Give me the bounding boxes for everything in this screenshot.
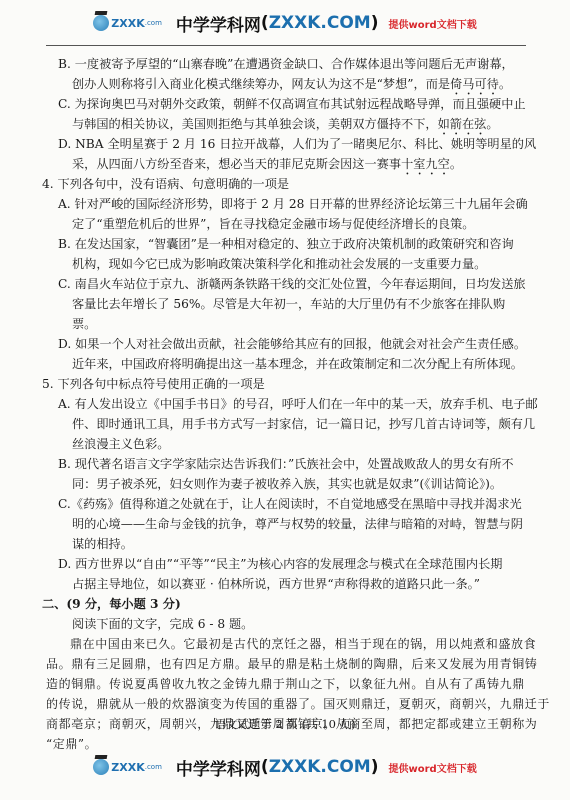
header-banner: ZXXK .com 中学学科网 (ZXXK.COM) 提供word文档下载 [0,8,570,38]
footer-banner: ZXXK .com 中学学科网 (ZXXK.COM) 提供word文档下载 [0,752,570,782]
passage-line: “定鼎”。 [46,734,528,754]
q5-option-a: A. 有人发出设立《中国手书日》的号召，呼吁人们在一年中的某一天，放弃手机、电子… [58,394,528,454]
q5-option-d: D. 西方世界以“自由”“平等”“民主”为核心内容的发展理念与模式在全球范围内长… [58,554,528,594]
text-segment: 与韩国的相关协议，美国则拒绝与其单独会谈，美朝双方僵持不下， [72,117,438,131]
site-logo: ZXXK .com [93,15,162,31]
page-number: 语文试题第 2 页 (共 10 页) [0,716,570,732]
question-4-stem: 4. 下列各句中，没有语病、句意明确的一项是 [42,174,528,194]
site-name: 中学学科网 [176,755,261,780]
q3-option-c: C. 为探询奥巴马对朝外交政策，朝鲜不仅高调宣布其试射远程战略导弹，而且强硬中止… [58,94,528,134]
passage-line: 鼎在中国由来已久。它最初是古代的烹饪之器，相当于现在的锅，用以炖煮和盛放食 [46,634,528,654]
logo-com: .com [145,763,162,771]
q4-option-c: C. 南昌火车站位于京九、浙赣两条铁路干线的交汇处位置，今年春运期间，日均发送旅… [58,274,528,334]
q5-option-b: B. 现代著名语言文字学家陆宗达告诉我们：”氏族社会中，处置战败敌人的男女有所不… [58,454,528,494]
text-segment: 。 [486,117,498,131]
option-line: 谋的相持。 [58,534,528,554]
download-tagline: 提供word文档下载 [389,16,477,31]
text-segment: 创办人则称将引入商业化模式继续筹办，网友认为这不是“梦想”，而是 [72,77,450,91]
option-line: A. 针对严峻的国际经济形势，即将于 2 月 28 日开幕的世界经济论坛第三十九… [58,194,528,214]
site-domain: ZXXK.COM [269,13,371,33]
q5-option-c: C.《药殇》值得称道之处就在于，让人在阅读时，不自觉地感受在黑暗中寻找并渴求光 … [58,494,528,554]
passage-line: 品。鼎有三足圆鼎，也有四足方鼎。最早的鼎是粘土烧制的陶鼎，后来又发展为用青铜铸 [46,654,528,674]
q3-option-d: D. NBA 全明星赛于 2 月 16 日拉开战幕，人们为了一睹奥尼尔、科比、姚… [58,134,528,174]
option-line: 客量比去年增长了 56%。尽管是大年初一，车站的大厅里仍有不少旅客在排队购 [58,294,528,314]
option-line: D. NBA 全明星赛于 2 月 16 日拉开战幕，人们为了一睹奥尼尔、科比、姚… [58,134,528,154]
q4-option-d: D. 如果一个人对社会做出贡献，社会能够给其应有的回报，他就会对社会产生责任感。… [58,334,528,374]
logo-text: ZXXK [111,17,144,30]
emphasized-idiom: 倚马可待 [450,77,499,91]
option-line: 同：男子被杀死，妇女则作为妻子被收养入族，其实也就是奴隶”(《训诂简论》)。 [58,474,528,494]
exam-content: B. 一度被寄予厚望的“山寨春晚”在遭遇资金缺口、合作媒体退出等问题后无声谢幕，… [58,54,528,754]
header-divider [46,45,526,46]
site-domain: ZXXK.COM [269,757,371,777]
option-line: 采，从四面八方纷至沓来，想必当天的菲尼克斯会因这一赛事十室九空。 [58,154,528,174]
option-line: 占据主导地位，如以赛亚 · 伯林所说，西方世界“声称得救的道路只此一条。” [58,574,528,594]
option-line: 丝浪漫主义色彩。 [58,434,528,454]
option-line: B. 一度被寄予厚望的“山寨春晚”在遭遇资金缺口、合作媒体退出等问题后无声谢幕， [58,54,528,74]
option-line: 定了“重塑危机后的世界”，旨在寻找稳定金融市场与促使经济增长的良策。 [58,214,528,234]
site-name: 中学学科网 [176,11,261,36]
paren-close: ) [371,13,379,33]
paren-open: ( [261,757,269,777]
mascot-icon [93,15,109,31]
logo-com: .com [145,19,162,27]
text-segment: 。 [450,157,462,171]
question-5-stem: 5. 下列各句中标点符号使用正确的一项是 [42,374,528,394]
emphasized-idiom: 十室九空 [401,157,450,171]
option-line: B. 现代著名语言文字学家陆宗达告诉我们：”氏族社会中，处置战败敌人的男女有所不 [58,454,528,474]
option-line: C.《药殇》值得称道之处就在于，让人在阅读时，不自觉地感受在黑暗中寻找并渴求光 [58,494,528,514]
option-line: 与韩国的相关协议，美国则拒绝与其单独会谈，美朝双方僵持不下，如箭在弦。 [58,114,528,134]
site-logo: ZXXK .com [93,759,162,775]
option-line: 件、即时通讯工具，用手书方式写一封家信，记一篇日记，抄写几首古诗词等，颇有几 [58,414,528,434]
section-2-heading: 二、(9 分，每小题 3 分) [42,594,528,614]
option-line: D. 西方世界以“自由”“平等”“民主”为核心内容的发展理念与模式在全球范围内长… [58,554,528,574]
option-line: 创办人则称将引入商业化模式继续筹办，网友认为这不是“梦想”，而是倚马可待。 [58,74,528,94]
download-tagline: 提供word文档下载 [389,760,477,775]
emphasized-idiom: 如箭在弦 [438,117,487,131]
q3-option-b: B. 一度被寄予厚望的“山寨春晚”在遭遇资金缺口、合作媒体退出等问题后无声谢幕，… [58,54,528,94]
option-line: 明的心境——生命与金钱的抗争，尊严与权势的较量，法律与暗箱的对峙，智慧与阴 [58,514,528,534]
mascot-icon [93,759,109,775]
option-line: C. 南昌火车站位于京九、浙赣两条铁路干线的交汇处位置，今年春运期间，日均发送旅 [58,274,528,294]
option-line: D. 如果一个人对社会做出贡献，社会能够给其应有的回报，他就会对社会产生责任感。 [58,334,528,354]
q4-option-b: B. 在发达国家，“智囊团”是一种相对稳定的、独立于政府决策机制的政策研究和咨询… [58,234,528,274]
paren-open: ( [261,13,269,33]
option-line: A. 有人发出设立《中国手书日》的号召，呼吁人们在一年中的某一天，放弃手机、电子… [58,394,528,414]
option-line: 近年来，中国政府将明确提出这一基本理念，并在政策制定和二次分配上有所体现。 [58,354,528,374]
text-segment: 采，从四面八方纷至沓来，想必当天的菲尼克斯会因这一赛事 [72,157,401,171]
text-segment: 。 [499,77,511,91]
option-line: 机构，现如今它已成为影响政策决策科学化和推动社会发展的一支重要力量。 [58,254,528,274]
reading-instruction: 阅读下面的文字，完成 6 - 8 题。 [58,614,528,634]
option-line: B. 在发达国家，“智囊团”是一种相对稳定的、独立于政府决策机制的政策研究和咨询 [58,234,528,254]
logo-text: ZXXK [111,761,144,774]
passage-line: 造的铜鼎。传说夏禹曾收九牧之金铸九鼎于荆山之下，以象征九州。自从有了禹铸九鼎 [46,674,528,694]
passage-line: 的传说，鼎就从一般的炊器演变为传国的重器了。国灭则鼎迁，夏朝灭，商朝兴，九鼎迁于 [46,694,528,714]
q4-option-a: A. 针对严峻的国际经济形势，即将于 2 月 28 日开幕的世界经济论坛第三十九… [58,194,528,234]
paren-close: ) [371,757,379,777]
option-line: 票。 [58,314,528,334]
option-line: C. 为探询奥巴马对朝外交政策，朝鲜不仅高调宣布其试射远程战略导弹，而且强硬中止 [58,94,528,114]
reading-passage: 鼎在中国由来已久。它最初是古代的烹饪之器，相当于现在的锅，用以炖煮和盛放食 品。… [58,634,528,754]
